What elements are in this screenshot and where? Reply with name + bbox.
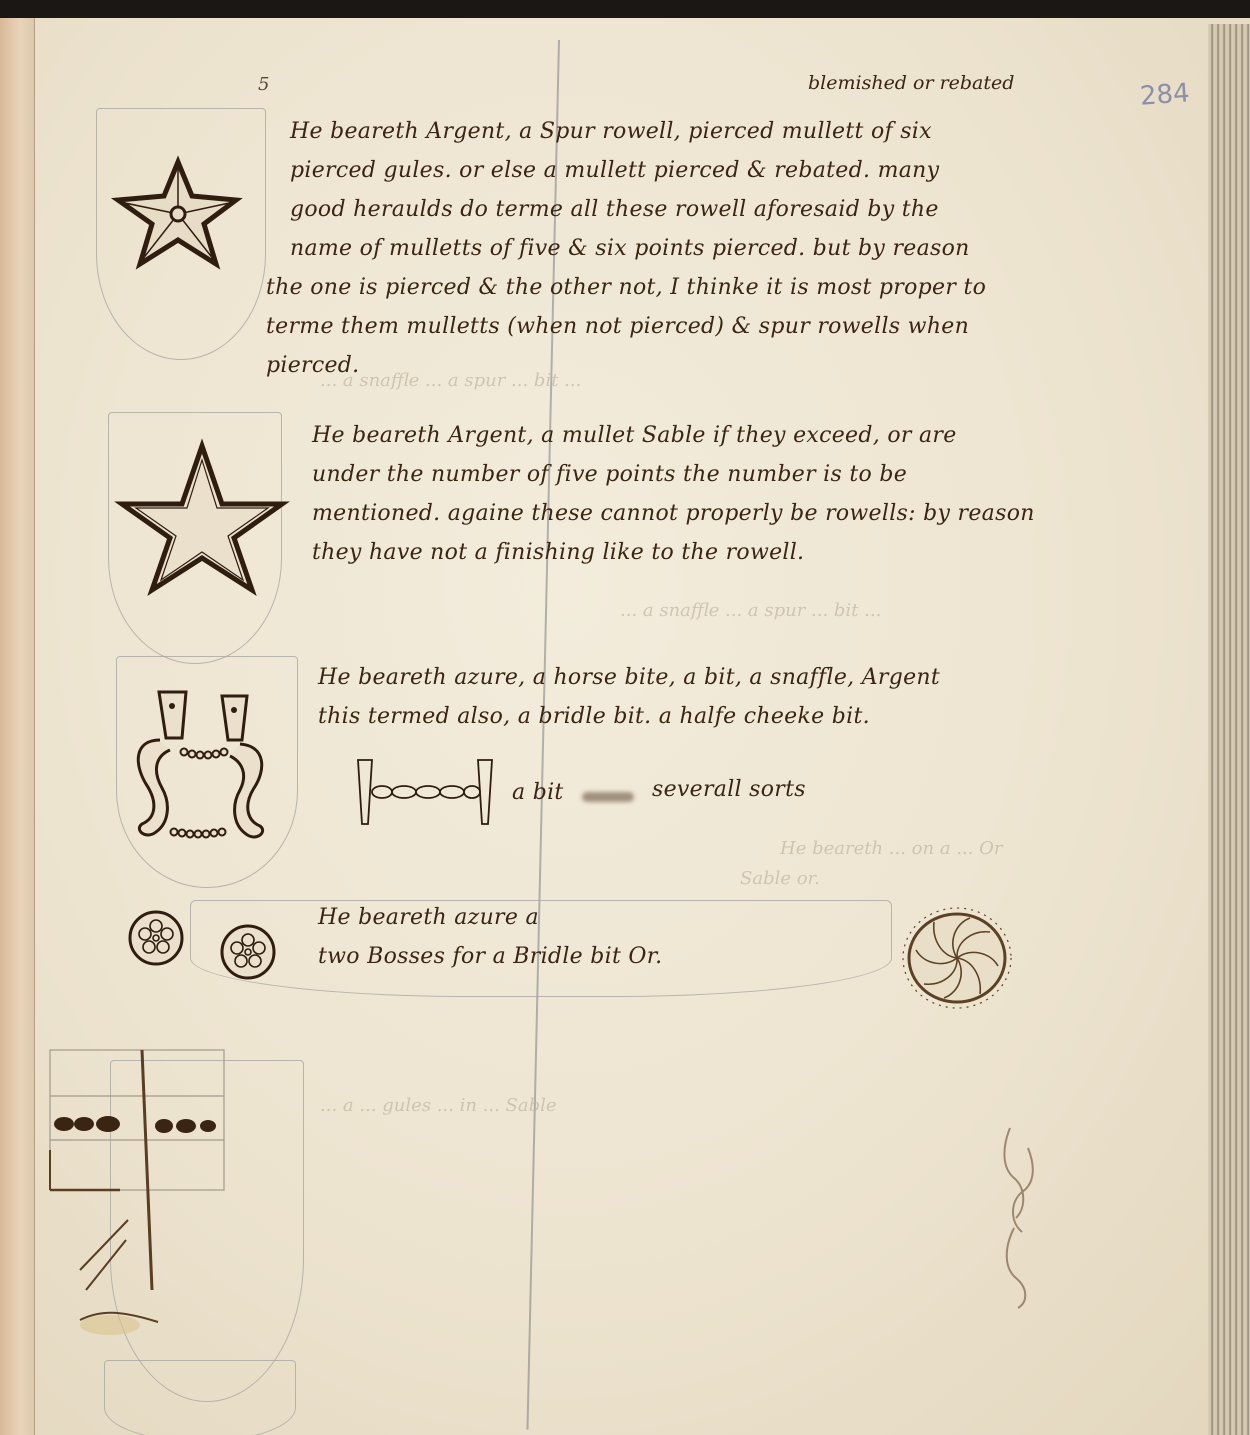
entry-bosses: He beareth azure a two Bosses for a Brid… [318, 898, 662, 976]
rosette-boss-icon [126, 908, 186, 968]
text-line: pierced. [266, 346, 986, 385]
folio-number: 284 [1139, 78, 1191, 111]
text-line: good heraulds do terme all these rowell … [290, 190, 986, 229]
small-bit-icon [352, 758, 502, 828]
show-through-text: He beareth ... on a ... Or [780, 838, 1003, 859]
text-line: He beareth Argent, a Spur rowell, pierce… [290, 112, 986, 151]
text-line: He beareth azure a [318, 898, 662, 937]
show-through-text: ... a ... gules ... in ... Sable [320, 1095, 557, 1116]
text-line: the one is pierced & the other not, I th… [266, 268, 986, 307]
page-fore-edge [1208, 24, 1250, 1435]
spiral-boss-icon [898, 904, 1016, 1012]
show-through-text: ... a snaffle ... a spur ... bit ... [620, 600, 881, 621]
spur-rowel-icon [116, 160, 246, 270]
horse-bit-icon [126, 684, 286, 854]
show-through-text: Sable or. [740, 868, 820, 889]
mullet-star-icon [118, 442, 288, 592]
entry-mullet-sable: He beareth Argent, a mullet Sable if the… [312, 416, 1035, 572]
chain-sketch-icon [1000, 1118, 1040, 1318]
text-line: terme them mulletts (when not pierced) &… [266, 307, 986, 346]
several-sorts-note: severall sorts [652, 770, 806, 809]
entry-spur-rowel: He beareth Argent, a Spur rowell, pierce… [290, 112, 986, 385]
rosette-boss-icon [218, 922, 278, 982]
text-line: pierced gules. or else a mullett pierced… [290, 151, 986, 190]
bit-caption: a bit [512, 773, 564, 812]
bar-gemel-sketch-icon [40, 1040, 240, 1340]
quire-mark: 5 [258, 74, 269, 95]
text-line: mentioned. againe these cannot properly … [312, 494, 1035, 533]
ink-blot [582, 792, 634, 802]
entry-horse-bit: He beareth azure, a horse bite, a bit, a… [318, 658, 940, 736]
text-line: He beareth azure, a horse bite, a bit, a… [318, 658, 940, 697]
page-gutter [0, 18, 35, 1435]
text-line: name of mulletts of five & six points pi… [290, 229, 986, 268]
text-line: this termed also, a bridle bit. a halfe … [318, 697, 940, 736]
pencil-shield-6 [104, 1360, 296, 1435]
text-line: under the number of five points the numb… [312, 455, 1035, 494]
text-line: He beareth Argent, a mullet Sable if the… [312, 416, 1035, 455]
interlinear-note: blemished or rebated [808, 72, 1014, 94]
text-line: they have not a finishing like to the ro… [312, 533, 1035, 572]
text-line: two Bosses for a Bridle bit Or. [318, 937, 662, 976]
